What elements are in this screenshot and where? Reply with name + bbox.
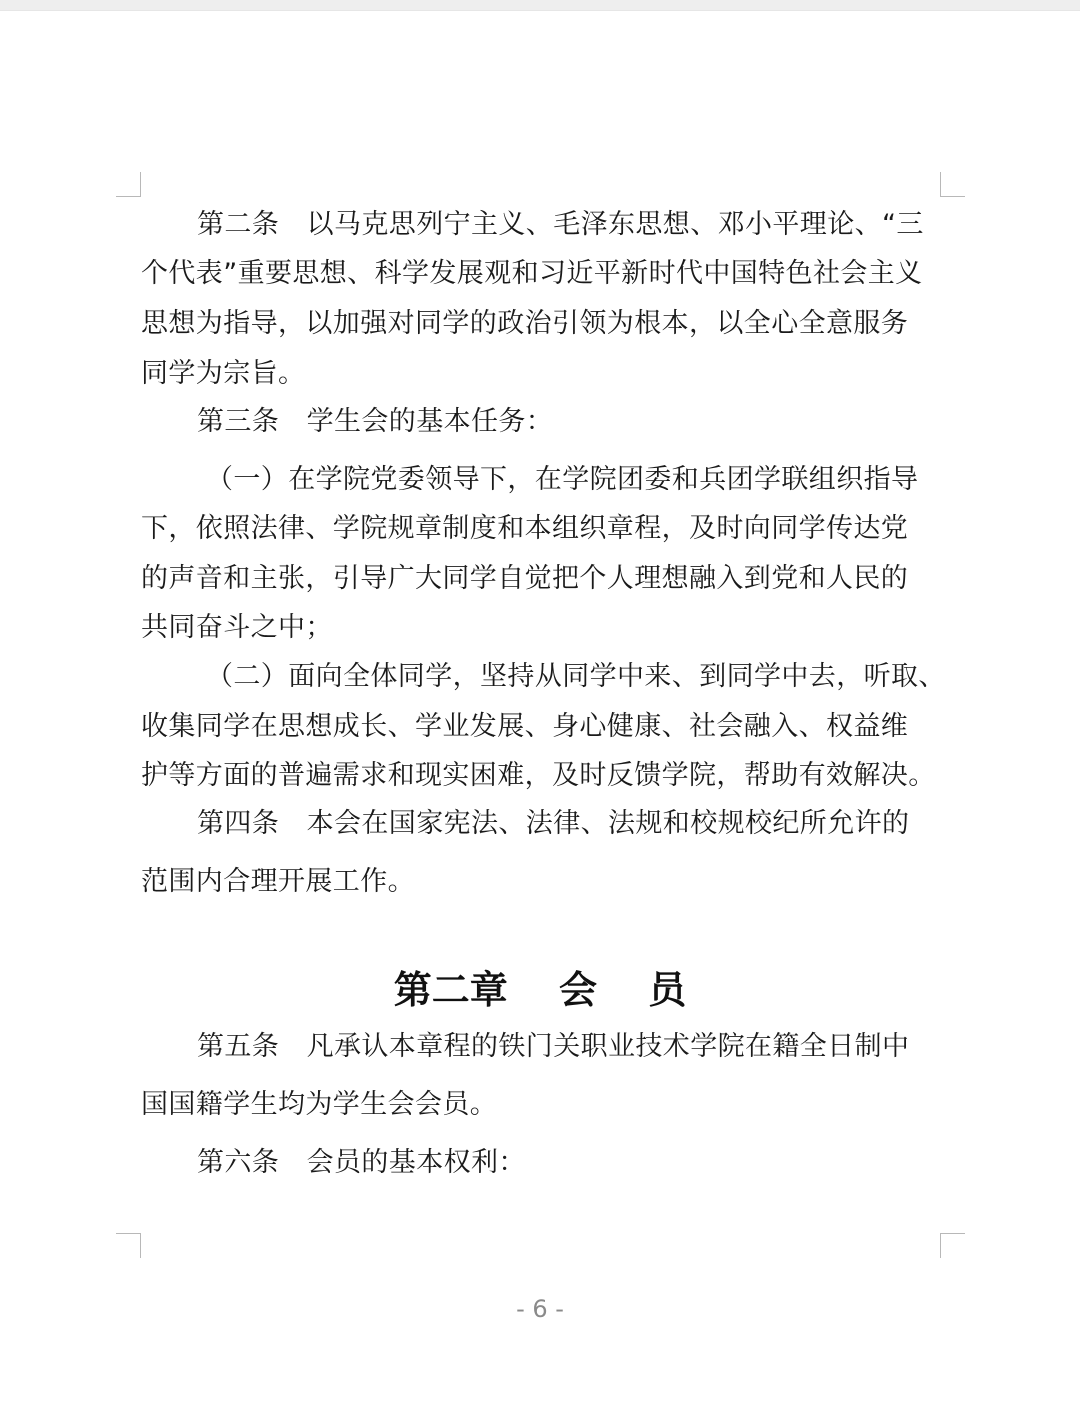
article-4-line-1: 第四条 本会在国家宪法、法律、法规和校规校纪所允许的 — [197, 806, 997, 842]
article-6-line-1: 第六条 会员的基本权利： — [197, 1145, 997, 1181]
article-2-line-3: 思想为指导，以加强对同学的政治引领为根本，以全心全意服务 — [141, 306, 941, 342]
article-4-line-2: 范围内合理开展工作。 — [141, 864, 941, 900]
article-3-line-1: 第三条 学生会的基本任务： — [197, 404, 997, 440]
chapter-heading: 第二章 会 员 — [0, 966, 1080, 1014]
item-2-line-3: 护等方面的普遍需求和现实困难，及时反馈学院，帮助有效解决。 — [141, 758, 941, 794]
item-1-line-4: 共同奋斗之中； — [141, 610, 941, 646]
item-2-line-2: 收集同学在思想成长、学业发展、身心健康、社会融入、权益维 — [141, 709, 941, 745]
item-1-line-2: 下，依照法律、学院规章制度和本组织章程，及时向同学传达党 — [141, 511, 941, 547]
crop-mark-top-left — [116, 172, 141, 197]
item-1-line-3: 的声音和主张，引导广大同学自觉把个人理想融入到党和人民的 — [141, 561, 941, 597]
crop-mark-bottom-right — [940, 1233, 965, 1258]
article-5-line-1: 第五条 凡承认本章程的铁门关职业技术学院在籍全日制中 — [197, 1029, 997, 1065]
page-number: - 6 - — [0, 1294, 1080, 1324]
article-2-line-1: 第二条 以马克思列宁主义、毛泽东思想、邓小平理论、“三 — [197, 207, 997, 243]
crop-mark-top-right — [940, 172, 965, 197]
crop-mark-bottom-left — [116, 1233, 141, 1258]
item-1-line-1: （一）在学院党委领导下，在学院团委和兵团学联组织指导 — [206, 462, 1006, 498]
article-5-line-2: 国国籍学生均为学生会会员。 — [141, 1087, 941, 1123]
viewer-top-bar — [0, 0, 1080, 11]
article-2-line-2: 个代表”重要思想、科学发展观和习近平新时代中国特色社会主义 — [141, 256, 941, 292]
item-2-line-1: （二）面向全体同学，坚持从同学中来、到同学中去，听取、 — [206, 659, 1006, 695]
article-2-line-4: 同学为宗旨。 — [141, 356, 941, 392]
